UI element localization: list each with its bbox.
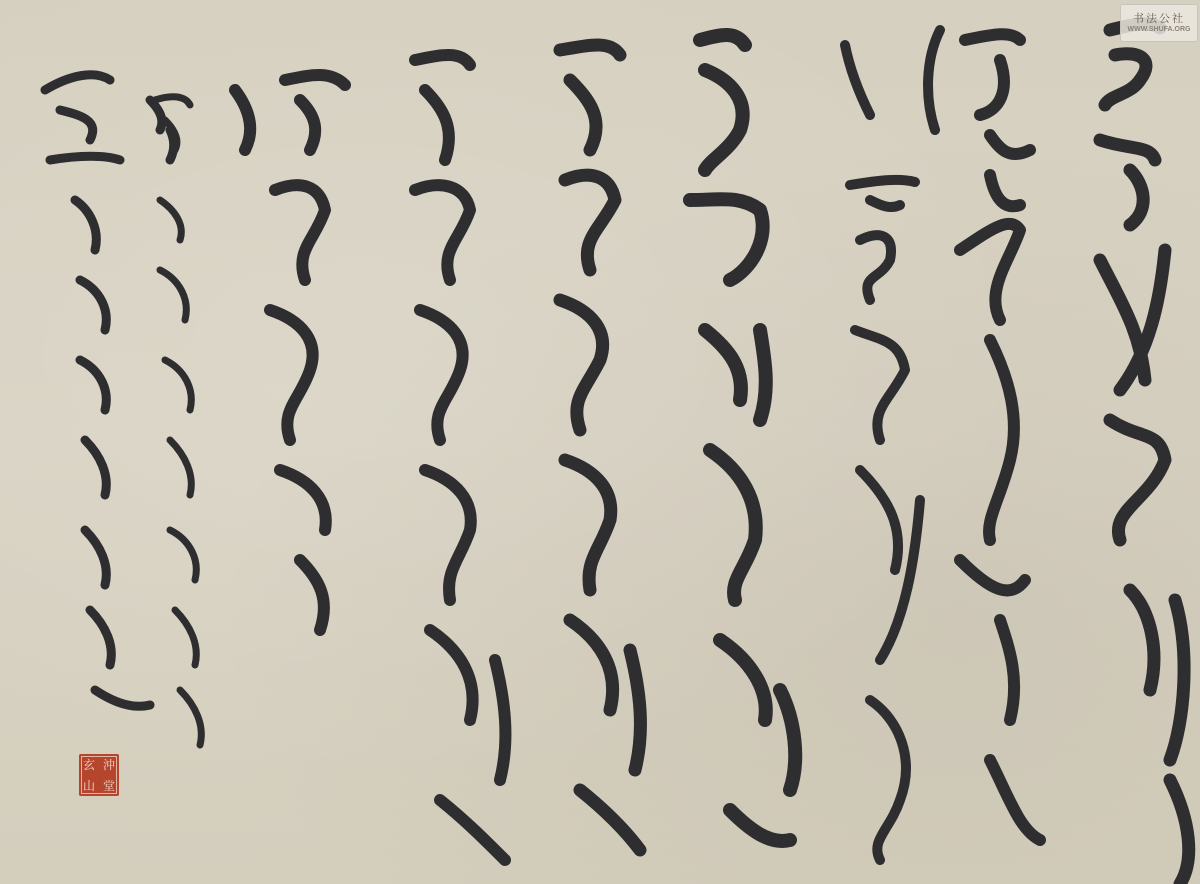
watermark-url: WWW.SHUFA.ORG (1128, 25, 1191, 34)
calligraphy-artwork: 书法公社 WWW.SHUFA.ORG 玄 沖 山 堂 (0, 0, 1200, 884)
seal-char: 山 (83, 779, 95, 793)
seal-char: 沖 (103, 758, 115, 772)
brush-strokes (0, 0, 1200, 884)
seal-char: 堂 (103, 779, 115, 793)
watermark-badge: 书法公社 WWW.SHUFA.ORG (1120, 4, 1198, 42)
seal-char: 玄 (83, 758, 95, 772)
red-seal-stamp: 玄 沖 山 堂 (79, 754, 119, 796)
watermark-title: 书法公社 (1133, 13, 1185, 25)
